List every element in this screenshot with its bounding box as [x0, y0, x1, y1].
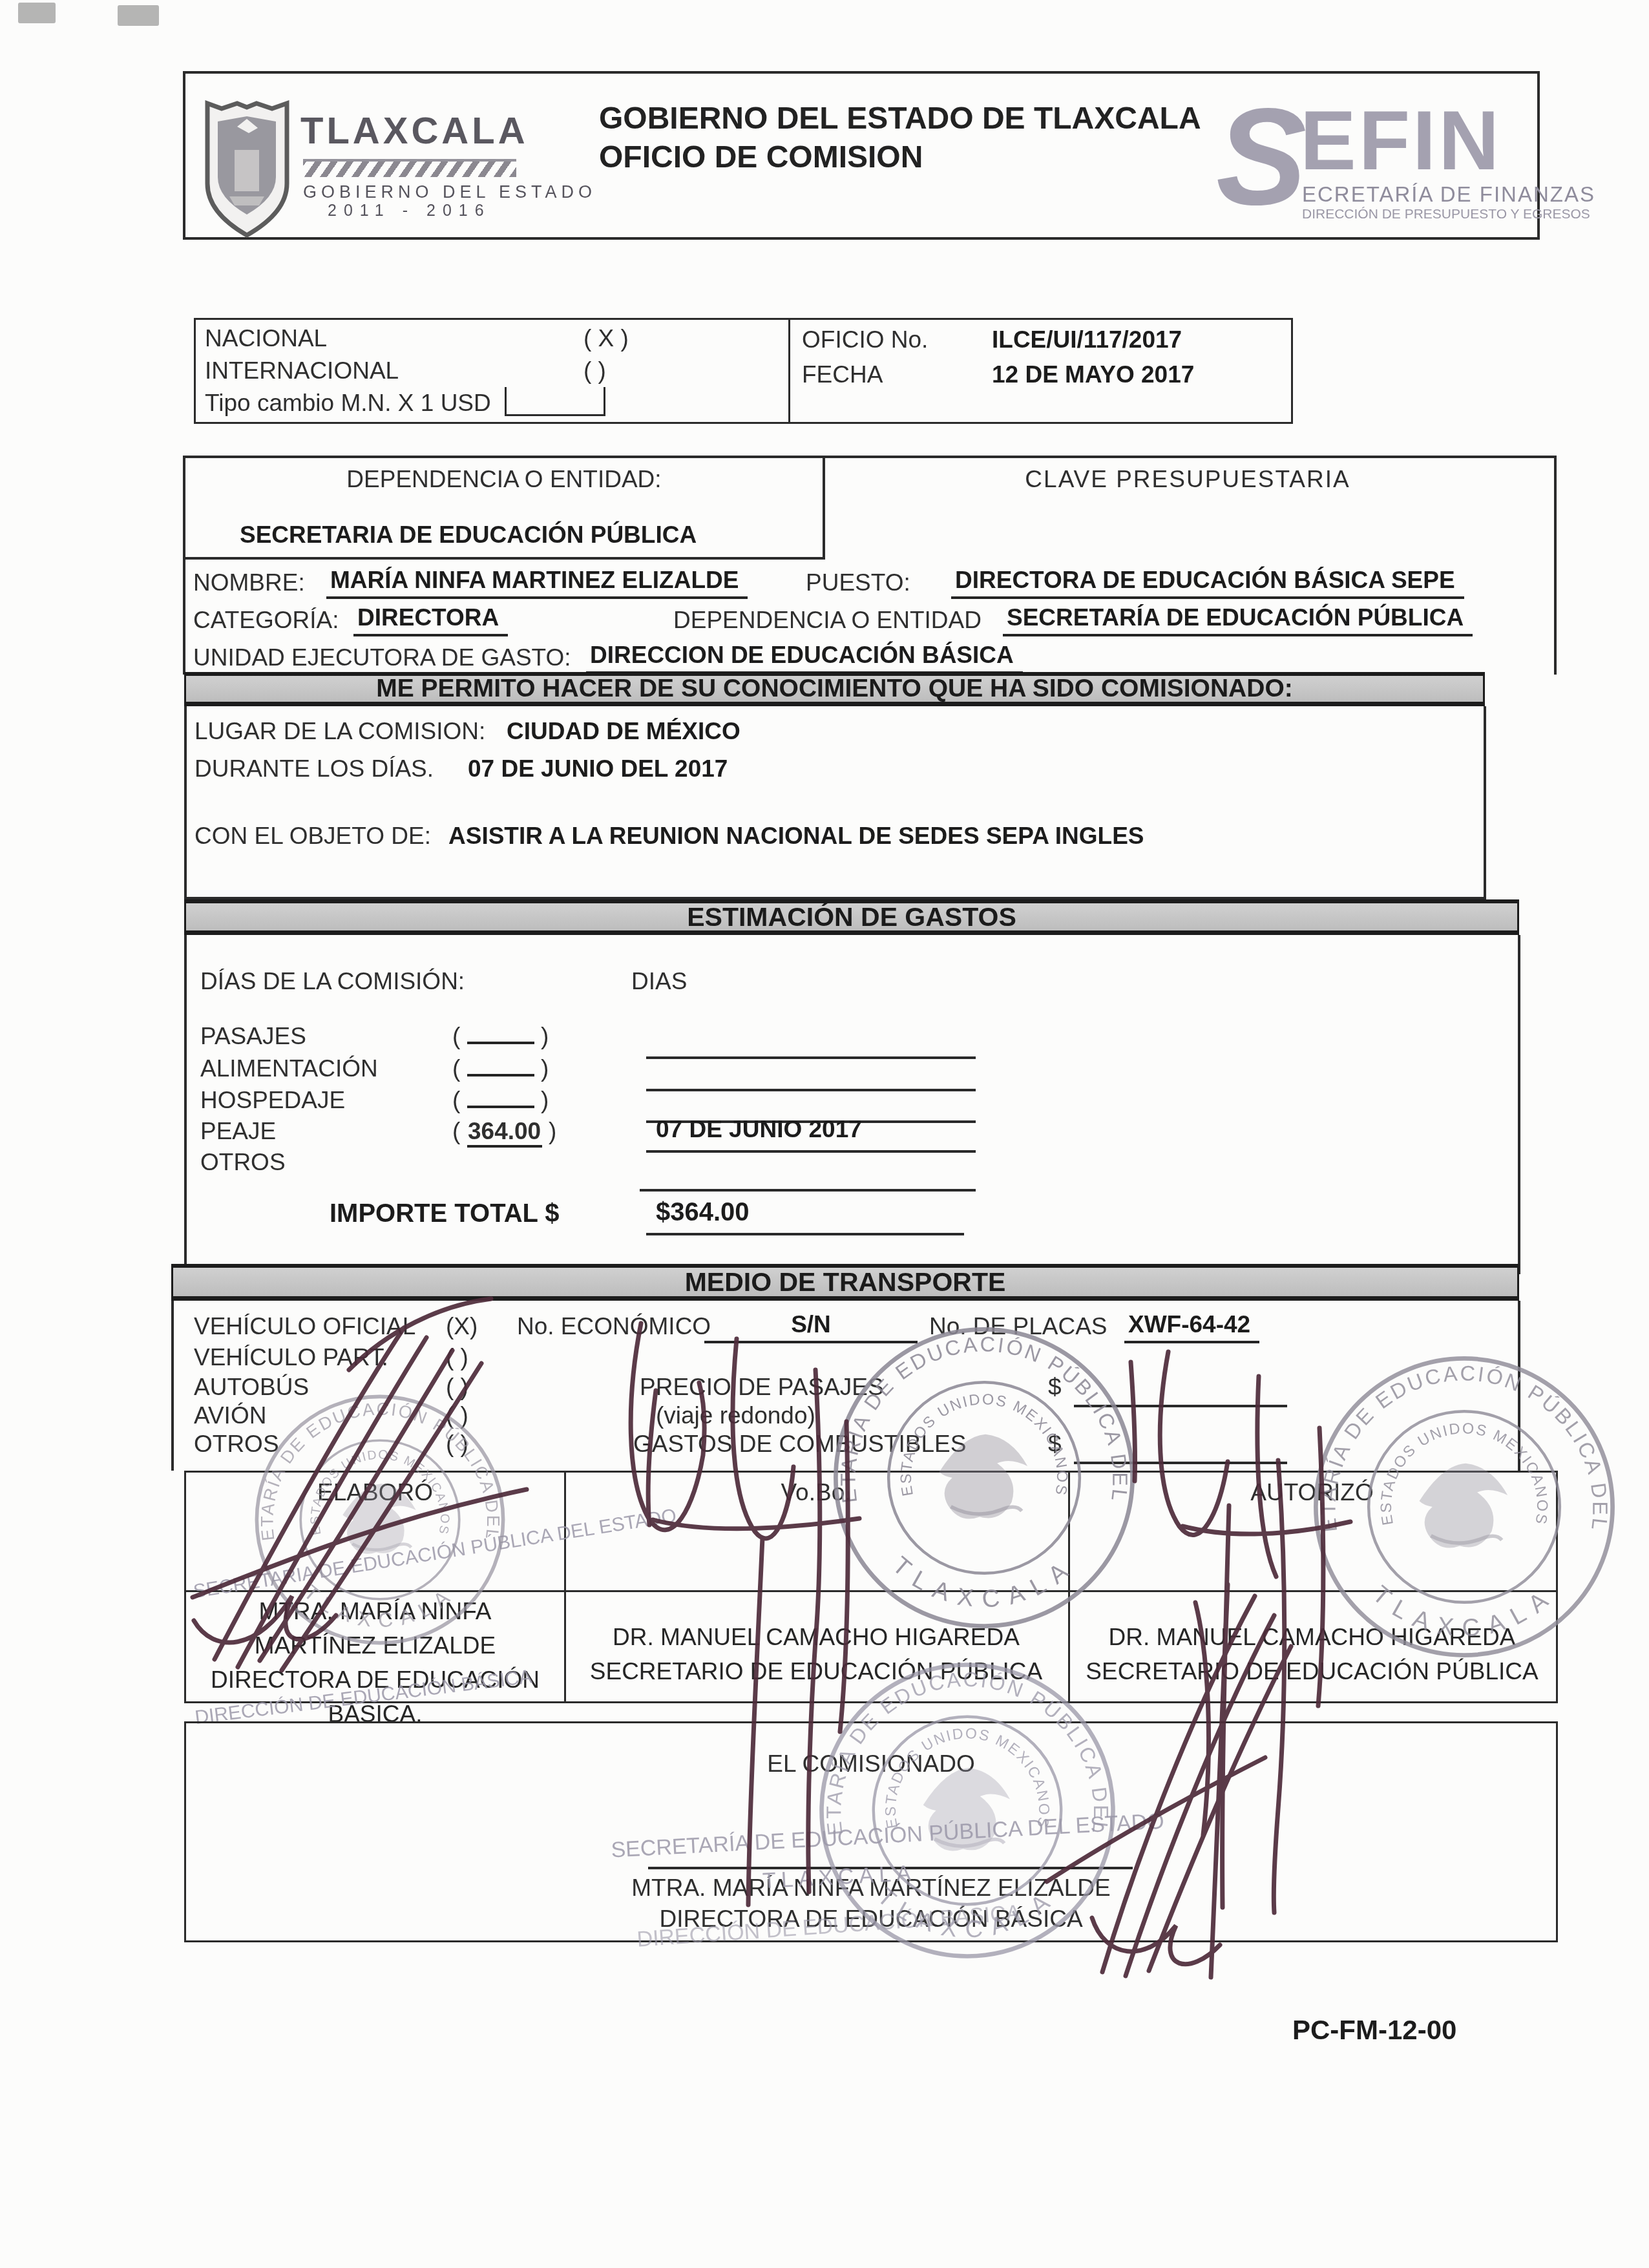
- avion-label: AVIÓN: [194, 1402, 266, 1429]
- objeto-label: CON EL OBJETO DE:: [194, 823, 431, 850]
- pasajes-line: [646, 1024, 976, 1059]
- internacional-label: INTERNACIONAL: [205, 357, 399, 384]
- importe-total-label: IMPORTE TOTAL $: [330, 1199, 560, 1228]
- firmas-row-divider: [186, 1590, 1556, 1592]
- header-box: TLAXCALA GOBIERNO DEL ESTADO 2011 - 2016…: [183, 71, 1540, 240]
- vobo-name-line: SECRETARIO DE EDUCACIÓN PÚBLICA: [564, 1654, 1068, 1688]
- vobo-name-block: DR. MANUEL CAMACHO HIGAREDA SECRETARIO D…: [564, 1620, 1068, 1688]
- tlaxcala-wordmark: TLAXCALA: [300, 109, 529, 152]
- vobo-header: Vo.Bo.: [564, 1479, 1068, 1506]
- vehiculo-oficial-checkbox: (X): [446, 1313, 478, 1340]
- alimentacion-paren-value: [467, 1074, 534, 1076]
- hospedaje-paren: ( ): [452, 1087, 549, 1114]
- scope-table-divider: [788, 320, 790, 422]
- objeto-value: ASISTIR A LA REUNION NACIONAL DE SEDES S…: [448, 823, 1144, 850]
- scope-table: NACIONAL ( X ) INTERNACIONAL ( ) Tipo ca…: [194, 318, 1293, 424]
- unidad-ejecutora-value: DIRECCION DE EDUCACIÓN BÁSICA: [586, 642, 1023, 674]
- puesto-value: DIRECTORA DE EDUCACIÓN BÁSICA SEPE: [951, 567, 1464, 599]
- elaboro-name-line: MARTÍNEZ ELIZALDE: [186, 1628, 564, 1663]
- hospedaje-paren-value: [467, 1106, 534, 1108]
- precio-pasajes-label: PRECIO DE PASAJES: [640, 1374, 884, 1401]
- otros-gasto-line: [640, 1157, 976, 1192]
- otros-transporte-label: OTROS: [194, 1431, 279, 1458]
- tlaxcala-logo-pattern: [303, 159, 516, 177]
- gastos-combustibles-currency: $: [1048, 1431, 1062, 1458]
- sefin-logo-s: S: [1216, 78, 1307, 237]
- no-placas-value: XWF-64-42: [1124, 1311, 1259, 1343]
- clave-presupuestaria-label: CLAVE PRESUPUESTARIA: [823, 466, 1553, 493]
- comision-box: LUGAR DE LA COMISION: CIUDAD DE MÉXICO D…: [184, 706, 1486, 899]
- scan-artifact: [118, 5, 159, 26]
- pasajes-label: PASAJES: [200, 1023, 306, 1050]
- avion-checkbox: ( ): [446, 1402, 468, 1429]
- dependencia-value: SECRETARIA DE EDUCACIÓN PÚBLICA: [240, 521, 697, 549]
- nacional-label: NACIONAL: [205, 325, 327, 352]
- lugar-value: CIUDAD DE MÉXICO: [507, 718, 740, 745]
- lugar-label: LUGAR DE LA COMISION:: [194, 718, 485, 745]
- vehiculo-oficial-label: VEHÍCULO OFICIAL: [194, 1313, 415, 1340]
- categoria-value: DIRECTORA: [353, 604, 508, 636]
- alimentacion-line: [646, 1056, 976, 1091]
- tipo-cambio-box: [505, 387, 605, 416]
- no-economico-value: S/N: [704, 1311, 918, 1343]
- vehiculo-part-checkbox: ( ): [446, 1344, 468, 1371]
- peaje-label: PEAJE: [200, 1118, 276, 1145]
- elaboro-header: ELABORÓ: [186, 1479, 564, 1506]
- importe-total-line: [646, 1201, 964, 1235]
- firmas-table: ELABORÓ Vo.Bo. AUTORIZÓ MTRA. MARÍA NINF…: [184, 1471, 1558, 1703]
- internacional-checkbox: ( ): [583, 357, 606, 384]
- tlaxcala-logo-years: 2011 - 2016: [328, 202, 491, 220]
- dias-comision-value: DIAS: [631, 968, 687, 995]
- fecha-value: 12 DE MAYO 2017: [992, 361, 1194, 388]
- vehiculo-part-label: VEHÍCULO PART.: [194, 1344, 388, 1371]
- transporte-banner: MEDIO DE TRANSPORTE: [171, 1264, 1519, 1301]
- puesto-label: PUESTO:: [806, 569, 910, 596]
- nombre-value: MARÍA NINFA MARTINEZ ELIZALDE: [326, 567, 748, 599]
- comision-banner: ME PERMITO HACER DE SU CONOCIMIENTO QUE …: [184, 672, 1485, 706]
- dependencia-cell: DEPENDENCIA O ENTIDAD: SECRETARIA DE EDU…: [185, 458, 825, 560]
- pasajes-paren: ( ): [452, 1023, 549, 1050]
- elaboro-name-line: MTRA. MARÍA NINFA: [186, 1594, 564, 1628]
- otros-gasto-label: OTROS: [200, 1149, 286, 1176]
- oficio-no-label: OFICIO No.: [802, 326, 928, 353]
- no-economico-label: No. ECONÓMICO: [517, 1313, 711, 1340]
- comisionado-header: EL COMISIONADO: [186, 1750, 1556, 1778]
- gastos-banner: ESTIMACIÓN DE GASTOS: [184, 899, 1519, 935]
- entidad-section: DEPENDENCIA O ENTIDAD: SECRETARIA DE EDU…: [183, 456, 1557, 675]
- autobus-label: AUTOBÚS: [194, 1374, 309, 1401]
- autobus-checkbox: ( ): [446, 1374, 468, 1401]
- dependencia2-value: SECRETARÍA DE EDUCACIÓN PÚBLICA: [1003, 604, 1473, 636]
- no-placas-label: No. DE PLACAS: [929, 1313, 1108, 1340]
- scanned-document-page: TLAXCALA GOBIERNO DEL ESTADO 2011 - 2016…: [0, 0, 1649, 2268]
- sefin-logo-word: EFIN: [1300, 92, 1502, 189]
- categoria-label: CATEGORÍA:: [193, 607, 339, 634]
- peaje-line: [646, 1118, 976, 1153]
- nombre-label: NOMBRE:: [193, 569, 305, 596]
- viaje-redondo-note: (viaje redondo): [656, 1402, 815, 1429]
- alimentacion-paren: ( ): [452, 1055, 549, 1082]
- sefin-logo-line1: ECRETARÍA DE FINANZAS: [1302, 182, 1595, 207]
- autorizo-name-line: SECRETARIO DE EDUCACIÓN PÚBLICA: [1068, 1654, 1556, 1688]
- gastos-combustibles-label: GASTOS DE COMBUSTIBLES: [633, 1431, 966, 1458]
- gastos-combustibles-line: [1074, 1432, 1287, 1464]
- form-code: PC-FM-12-00: [1292, 2015, 1456, 2046]
- dias-comision-label: DÍAS DE LA COMISIÓN:: [200, 968, 465, 995]
- peaje-paren-value: 364.00: [467, 1118, 542, 1148]
- unidad-ejecutora-label: UNIDAD EJECUTORA DE GASTO:: [193, 644, 571, 671]
- pasajes-paren-value: [467, 1042, 534, 1044]
- sefin-logo-line2: DIRECCIÓN DE PRESUPUESTO Y EGRESOS: [1302, 207, 1590, 222]
- autorizo-name-block: DR. MANUEL CAMACHO HIGAREDA SECRETARIO D…: [1068, 1620, 1556, 1688]
- tipo-cambio-label: Tipo cambio M.N. X 1 USD: [205, 390, 491, 417]
- nacional-checkbox: ( X ): [583, 325, 629, 352]
- dependencia2-label: DEPENDENCIA O ENTIDAD: [673, 607, 982, 634]
- durante-dias-label: DURANTE LOS DÍAS.: [194, 755, 434, 782]
- precio-pasajes-line: [1074, 1375, 1287, 1407]
- fecha-label: FECHA: [802, 361, 883, 388]
- hospedaje-label: HOSPEDAJE: [200, 1087, 345, 1114]
- precio-pasajes-currency: $: [1048, 1374, 1062, 1401]
- scan-artifact: [18, 3, 56, 23]
- autorizo-header: AUTORIZÓ: [1068, 1479, 1556, 1506]
- autorizo-name-line: DR. MANUEL CAMACHO HIGAREDA: [1068, 1620, 1556, 1654]
- document-title-line2: OFICIO DE COMISION: [599, 140, 923, 175]
- dependencia-label: DEPENDENCIA O ENTIDAD:: [185, 466, 823, 493]
- oficio-no-value: ILCE/UI/117/2017: [992, 326, 1182, 353]
- peaje-paren: ( 364.00 ): [452, 1118, 556, 1148]
- tlaxcala-shield-logo: [204, 100, 291, 238]
- tlaxcala-logo-subtitle: GOBIERNO DEL ESTADO: [303, 182, 596, 202]
- document-title-line1: GOBIERNO DEL ESTADO DE TLAXCALA: [599, 101, 1201, 136]
- otros-transporte-checkbox: ( ): [446, 1431, 468, 1458]
- vobo-name-line: DR. MANUEL CAMACHO HIGAREDA: [564, 1620, 1068, 1654]
- durante-dias-value: 07 DE JUNIO DEL 2017: [468, 755, 728, 782]
- alimentacion-label: ALIMENTACIÓN: [200, 1055, 378, 1082]
